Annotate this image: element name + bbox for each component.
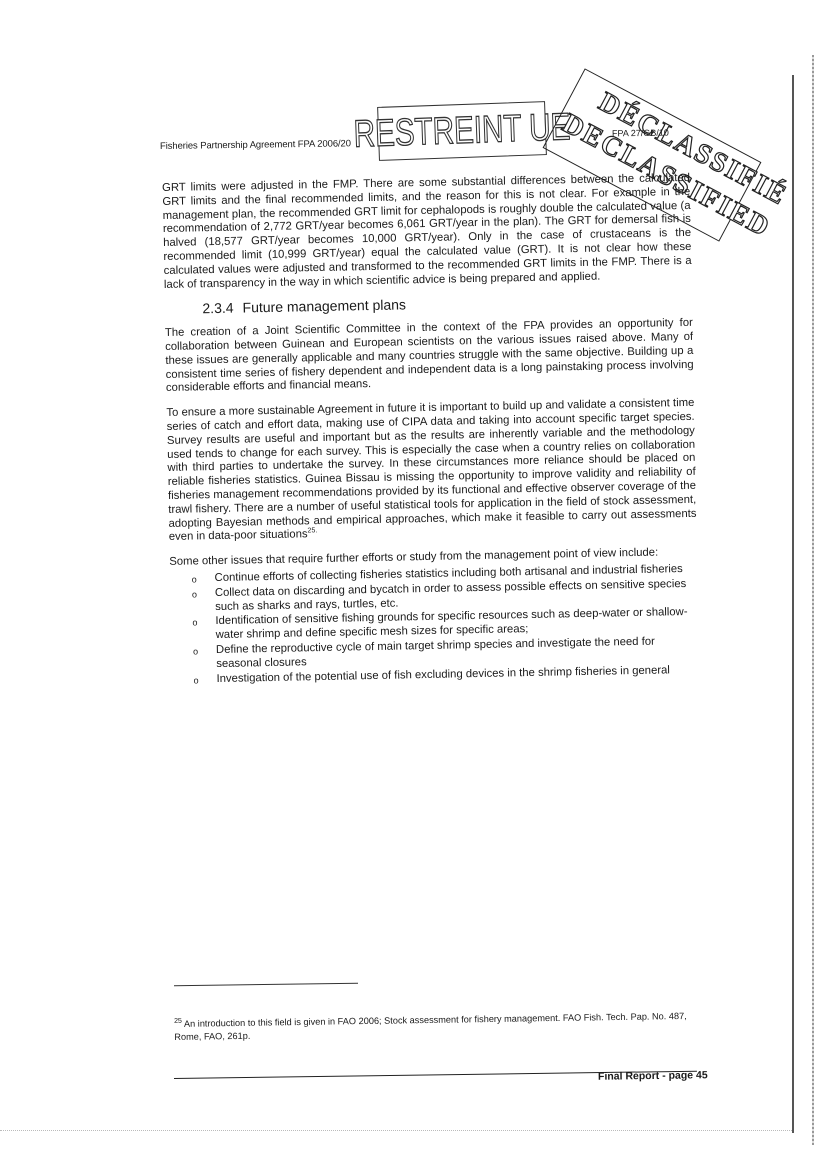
scan-bottom-noise (0, 1130, 792, 1131)
footnote-separator (174, 983, 358, 987)
footnote-reference[interactable]: 25. (307, 528, 317, 535)
restreint-ue-stamp: RESTREINT UE (377, 101, 547, 161)
paragraph-2: To ensure a more sustainable Agreement i… (166, 397, 697, 545)
footnote-text: An introduction to this field is given i… (174, 1011, 687, 1042)
section-heading: 2.3.4Future management plans (202, 293, 692, 316)
paragraph-2-text: To ensure a more sustainable Agreement i… (166, 397, 696, 543)
paragraph-intro: GRT limits were adjusted in the FMP. The… (162, 172, 692, 292)
bullet-icon: o (192, 573, 197, 587)
bullet-icon: o (193, 674, 198, 688)
issues-list: oContinue efforts of collecting fisherie… (170, 563, 700, 687)
document-page: Fisheries Partnership Agreement FPA 2006… (0, 0, 825, 1168)
running-header: Fisheries Partnership Agreement FPA 2006… (160, 138, 351, 152)
bullet-icon: o (192, 617, 197, 631)
footnote-number: 25 (174, 1018, 182, 1025)
scan-edge-line (792, 75, 794, 1133)
section-title: Future management plans (242, 297, 406, 316)
document-reference: FPA 27/GB/10 (612, 128, 669, 139)
paragraph-1: The creation of a Joint Scientific Commi… (165, 317, 694, 396)
footnote: 25 An introduction to this field is give… (174, 1010, 714, 1043)
page-footer: Final Report - page 45 (598, 1069, 708, 1083)
scan-edge-dotted-line (812, 55, 814, 1145)
bullet-icon: o (192, 588, 197, 602)
body-text: GRT limits were adjusted in the FMP. The… (162, 172, 700, 688)
section-number: 2.3.4 (202, 300, 233, 317)
restreint-ue-stamp-text: RESTREINT UE (353, 106, 571, 157)
bullet-icon: o (193, 645, 198, 659)
